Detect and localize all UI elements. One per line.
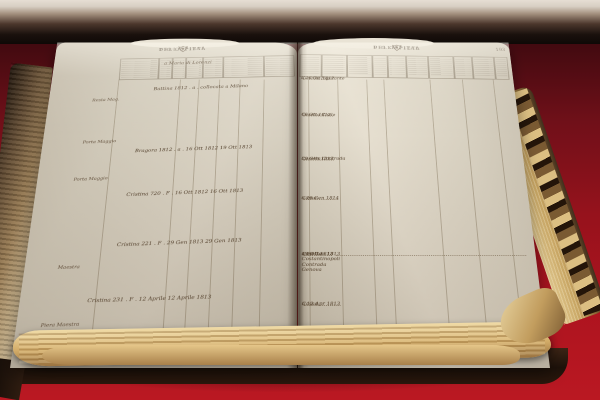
left-page-header: PIO OSPITAL DELLA PIETÀ [105,47,260,51]
column-header-cell [223,56,264,78]
ledger-row: Battina 1812 . a . collocata a Milano [153,87,290,92]
column-line [430,80,452,354]
entry-text: Cristina 720 . F . 16 Ott 1812 16 Ott 18… [126,188,243,198]
column-line [366,80,378,354]
entry-text: Cristina 221 . F . 29 Gen 1813 29 Gen 18… [117,237,242,247]
ledger-row: a 12 Apr 1813 Cassa [302,305,531,307]
column-header-cell [372,55,388,78]
ledger-row: a 29 Gen 1813 Casetta Costantinopoli Con… [302,252,529,257]
margin-note: Maestra [58,265,80,271]
column-line [183,80,200,354]
header-text-right: DELLA PIETÀ [159,46,207,52]
left-page: PIO OSPITAL DELLA PIETÀ [10,43,297,368]
ledger-row: 16 Ott 1812 Casetta Civile [301,116,507,120]
ledger-row: Cristina 231 . F . 12 Aprile 12 Aprile 1… [87,298,291,304]
deckle-page-edges-front [42,345,520,365]
column-header-cell [453,56,473,79]
column-line [207,80,220,354]
column-header-cell [347,55,373,78]
column-header-cell [472,57,496,80]
column-line [231,80,241,354]
margin-note: Porta Maggio [73,176,107,182]
column-header-cell [387,55,407,78]
ledger-row: 29 Gen 1813 Casetta Contrada [302,160,513,161]
entry-text: Battina 1812 . a . collocata a Milano [153,83,248,91]
column-header-cell [406,56,429,79]
entry-annotation: Casetta Figurante [301,76,344,81]
ledger-row: Bragora 1812 . a . 16 Ott 1812 19 Ott 18… [135,148,290,154]
column-line [383,80,398,354]
column-line [161,80,181,354]
column-header-cell [428,56,455,79]
open-ledger-spread: PIO OSPITAL DELLA PIETÀ [10,43,585,368]
column-header-cell [119,58,159,80]
museum-photo-of-ledger: PIO OSPITAL DELLA PIETÀ [0,0,600,400]
page-gutter [287,43,309,368]
column-headers-left [119,55,295,80]
entry-text: Cristina 231 . F . 12 Aprile 12 Aprile 1… [87,294,211,304]
column-line [258,80,264,354]
ledger-row: Cristina 221 . F . 29 Gen 1813 29 Gen 18… [117,241,292,248]
column-header-cell [322,55,348,78]
column-line [90,80,120,354]
ledger-row: a 29 Gen 1814 Cassa [302,199,518,201]
ledger-row: Cristina 720 . F . 16 Ott 1812 16 Ott 18… [126,192,289,198]
dotted-leader [336,255,527,256]
display-wall [0,0,600,46]
column-line [337,80,344,354]
entry-annotation: Casetta Contrada [302,157,346,162]
header-text-right: DELLA PIETÀ [373,45,421,51]
column-header-cell [494,57,510,80]
margin-note: Piera Maestra [40,322,79,329]
page-number: 193 [495,48,505,53]
column-line [462,80,490,354]
ledger-row: a 16 Ott 1812 Casetta Figurante [301,79,503,83]
